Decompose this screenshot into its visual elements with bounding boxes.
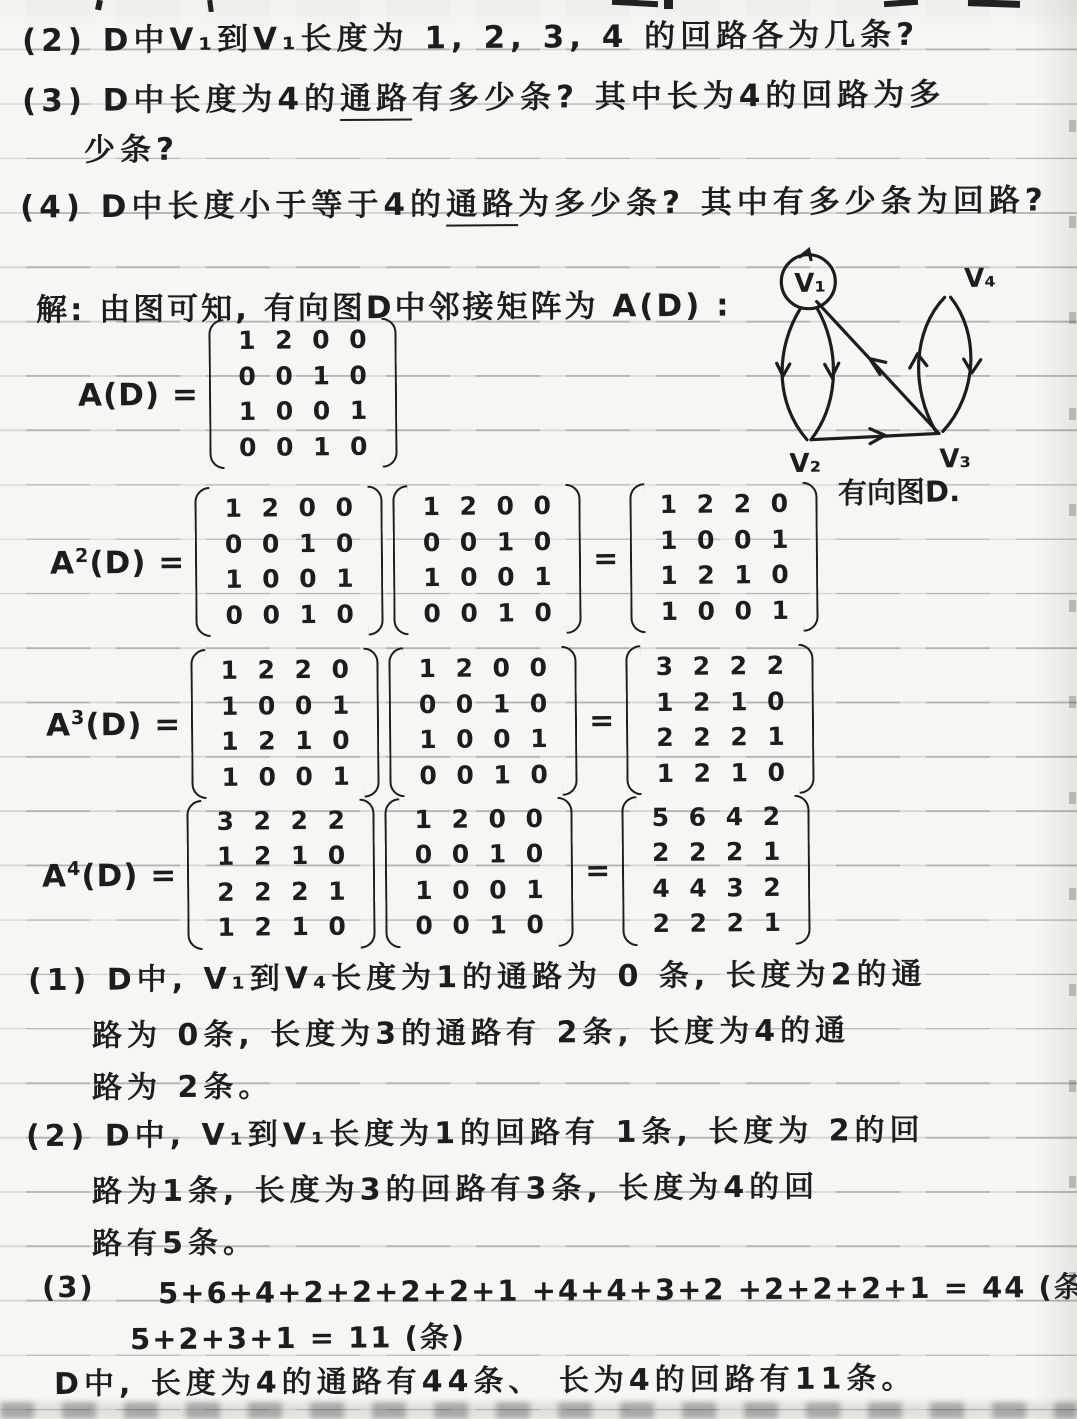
right-paren: [562, 646, 578, 796]
matrix-cell: 0: [758, 758, 795, 786]
question-3-pre: (3) D中长度为4的: [22, 81, 340, 119]
matrix-cell: 5: [642, 803, 679, 831]
matrix-cell: 1: [229, 398, 266, 426]
matrix-cell: 1: [211, 657, 248, 685]
answer-1-line3-text: 路为 2条。: [92, 1069, 274, 1105]
matrix-cell: 0: [688, 597, 725, 625]
matrix-a1-grid: 1200001010010010: [223, 318, 382, 469]
right-paren: [368, 485, 384, 635]
matrix-cell: 2: [244, 842, 281, 870]
matrix-cell: 2: [281, 806, 318, 834]
label-exponent: 3: [71, 706, 86, 729]
matrix-cell: 2: [680, 909, 717, 937]
matrix-cell: 0: [446, 726, 483, 754]
matrix-cell: 1: [724, 561, 761, 589]
matrix-cell: 0: [302, 326, 339, 354]
question-3-underlined-word: 通路: [340, 81, 412, 122]
matrix-cell: 6: [679, 803, 716, 831]
matrix-cell: 0: [413, 528, 450, 556]
matrix-cell: 1: [405, 805, 442, 833]
left-paren: [187, 799, 203, 949]
answer-1-line1-text: (1) D中, V₁到V₄长度为1的通路为 0 条, 长度为2的通: [28, 957, 927, 998]
matrix-cell: 1: [323, 762, 360, 790]
matrix-cell: 1: [754, 909, 791, 937]
matrix-cell: 2: [679, 838, 716, 866]
matrix-a3-label: A3(D) =: [46, 706, 182, 745]
matrix-cell: 2: [684, 759, 721, 787]
matrix-cell: 0: [487, 563, 524, 591]
matrix-cell: 0: [451, 599, 488, 627]
label-base: A: [46, 708, 71, 744]
matrix-cell: 1: [303, 362, 340, 390]
matrix-cell: 0: [289, 565, 326, 593]
matrix-cell: 1: [282, 913, 319, 941]
label-rest: (D) =: [89, 545, 185, 582]
label-rest: (D) =: [81, 857, 177, 894]
matrix-cell: 0: [446, 690, 483, 718]
matrix-cell: 1: [409, 655, 446, 683]
matrix-cell: 1: [650, 526, 687, 554]
matrix-a1-label: A(D) =: [78, 376, 199, 414]
matrix-cell: 1: [479, 840, 516, 868]
vertex-label-v2: V₂: [789, 449, 821, 480]
matrix-cell: 1: [289, 529, 326, 557]
matrix-cell: 0: [450, 528, 487, 556]
matrix-cell: 2: [442, 805, 479, 833]
matrix-cell: 2: [687, 490, 724, 518]
matrix-cell: 4: [716, 803, 753, 831]
matrix-cell: 0: [340, 361, 377, 389]
matrix-cell: 2: [252, 494, 289, 522]
matrix-cell: 0: [303, 397, 340, 425]
matrix-cell: 1: [322, 691, 359, 719]
label-base: A: [50, 546, 75, 582]
matrix-cell: 0: [286, 762, 323, 790]
edge-v2-v3: [811, 433, 939, 439]
question-3-line2: 少条?: [84, 124, 179, 170]
matrix-cell: 1: [757, 723, 794, 751]
matrix-a4-left-grid: 3222121022211210: [202, 798, 361, 949]
matrix-cell: 2: [642, 839, 679, 867]
matrix-cell: 0: [326, 529, 363, 557]
matrix-cell: 0: [248, 692, 285, 720]
question-4-pre: (4) D中长度小于等于4的: [20, 187, 446, 226]
notebook-page: (2) D中V₁到V₁长度为 1, 2, 3, 4 的回路各为几条? (3) D…: [0, 0, 1077, 1419]
matrix-cell: 0: [252, 565, 289, 593]
left-paren: [626, 645, 642, 795]
answer-3-formula2-text: 5+2+3+1 = 11 (条): [130, 1320, 466, 1356]
matrix-cell: 1: [211, 728, 248, 756]
matrix-cell: 1: [483, 690, 520, 718]
equation-a2: A2(D) = 1200001010010010 120000101001001…: [49, 481, 819, 640]
question-4-underlined-word: 通路: [446, 186, 518, 227]
answer-1-line3: 路为 2条。: [92, 1061, 274, 1106]
matrix-a2-left: 1200001010010010: [195, 485, 384, 637]
vertex-label-v4: V₄: [964, 263, 996, 294]
matrix-cell: 2: [720, 723, 757, 751]
matrix-cell: 1: [281, 842, 318, 870]
right-paren: [381, 318, 397, 468]
right-paren: [360, 798, 376, 948]
matrix-cell: 2: [683, 723, 720, 751]
question-3-line2-text: 少条?: [84, 132, 179, 169]
left-paren: [385, 798, 401, 948]
matrix-cell: 0: [339, 326, 376, 354]
matrix-cell: 0: [487, 492, 524, 520]
matrix-cell: 0: [322, 656, 359, 684]
matrix-a3-result-grid: 3222121022211210: [641, 644, 800, 795]
equals-sign: =: [591, 541, 620, 576]
equation-a3: A3(D) = 1220100112101001 120000101001001…: [45, 643, 815, 802]
equals-sign: =: [583, 853, 612, 888]
matrix-cell: 1: [761, 525, 798, 553]
left-paren: [208, 319, 224, 469]
matrix-cell: 0: [322, 727, 359, 755]
matrix-cell: 2: [281, 877, 318, 905]
matrix-cell: 2: [720, 652, 757, 680]
answer-2-line1-text: (2) D中, V₁到V₁长度为1的回路有 1条, 长度为 2的回: [26, 1113, 925, 1154]
matrix-a3-right-grid: 1200001010010010: [404, 646, 563, 797]
matrix-cell: 1: [516, 875, 553, 903]
question-2-text: (2) D中V₁到V₁长度为 1, 2, 3, 4 的回路各为几条?: [22, 17, 919, 59]
matrix-cell: 0: [216, 601, 253, 629]
matrix-cell: 1: [207, 843, 244, 871]
matrix-cell: 0: [757, 687, 794, 715]
question-2: (2) D中V₁到V₁长度为 1, 2, 3, 4 的回路各为几条?: [22, 9, 919, 60]
matrix-cell: 1: [650, 491, 687, 519]
matrix-cell: 1: [720, 688, 757, 716]
matrix-cell: 2: [244, 878, 281, 906]
matrix-cell: 2: [450, 493, 487, 521]
matrix-a3-left-grid: 1220100112101001: [206, 648, 365, 799]
matrix-cell: 2: [265, 326, 302, 354]
matrix-a4-result-grid: 5642222144322221: [637, 794, 796, 945]
matrix-cell: 1: [303, 433, 340, 461]
matrix-cell: 3: [207, 807, 244, 835]
matrix-a2-label: A2(D) =: [50, 544, 186, 583]
matrix-cell: 0: [450, 564, 487, 592]
matrix-cell: 1: [480, 911, 517, 939]
question-4-post: 为多少条? 其中有多少条为回路?: [518, 182, 1048, 222]
left-paren: [191, 649, 207, 799]
matrix-cell: 1: [340, 397, 377, 425]
right-paren: [799, 644, 815, 794]
matrix-cell: 1: [646, 688, 683, 716]
equals-sign: =: [587, 703, 616, 738]
matrix-cell: 0: [410, 761, 447, 789]
matrix-cell: 0: [266, 362, 303, 390]
matrix-cell: 1: [413, 493, 450, 521]
right-paren: [558, 796, 574, 946]
matrix-cell: 2: [318, 806, 355, 834]
matrix-cell: 0: [249, 763, 286, 791]
answer-1-line2: 路为 0条, 长度为3的通路有 2条, 长度为4的通: [92, 1005, 850, 1054]
answer-3-label-text: (3): [42, 1270, 95, 1304]
label-exponent: 2: [75, 544, 90, 567]
matrix-cell: 0: [253, 601, 290, 629]
answer-1-line1: (1) D中, V₁到V₄长度为1的通路为 0 条, 长度为2的通: [28, 949, 927, 999]
matrix-cell: 0: [525, 598, 562, 626]
matrix-a3-left: 1220100112101001: [191, 647, 380, 799]
matrix-cell: 1: [409, 726, 446, 754]
matrix-cell: 0: [520, 689, 557, 717]
matrix-cell: 2: [643, 910, 680, 938]
label-base: A: [42, 858, 67, 894]
matrix-cell: 1: [487, 528, 524, 556]
matrix-cell: 0: [442, 876, 479, 904]
matrix-cell: 2: [646, 724, 683, 752]
matrix-cell: 1: [405, 876, 442, 904]
matrix-cell: 0: [266, 433, 303, 461]
matrix-cell: 1: [208, 914, 245, 942]
matrix-cell: 1: [215, 495, 252, 523]
matrix-cell: 1: [762, 596, 799, 624]
directed-graph-figure: V₁ V₂ V₃ V₄ 有向图D.: [750, 239, 1065, 516]
matrix-a4-label: A4(D) =: [42, 856, 178, 895]
matrix-a4-right: 1200001010010010: [385, 796, 574, 948]
answer-2-line3-text: 路有5条。: [92, 1225, 258, 1261]
matrix-cell: 1: [721, 759, 758, 787]
page-edge-bleed-marks: [1069, 120, 1076, 1300]
matrix-cell: 0: [405, 841, 442, 869]
matrix-cell: 0: [340, 432, 377, 460]
matrix-cell: 0: [687, 526, 724, 554]
matrix-a3-right: 1200001010010010: [389, 646, 578, 798]
matrix-a1: 1200001010010010: [208, 318, 397, 470]
matrix-cell: 2: [245, 913, 282, 941]
label-rest: (D) =: [85, 707, 181, 744]
matrix-cell: 0: [266, 397, 303, 425]
matrix-cell: 2: [716, 838, 753, 866]
matrix-cell: 1: [326, 565, 363, 593]
matrix-cell: 0: [229, 362, 266, 390]
matrix-cell: 0: [215, 530, 252, 558]
matrix-a2-right-grid: 1200001010010010: [408, 484, 567, 635]
matrix-cell: 0: [761, 561, 798, 589]
matrix-cell: 2: [248, 656, 285, 684]
matrix-cell: 0: [524, 527, 561, 555]
label-rest: (D) =: [103, 377, 199, 414]
matrix-cell: 1: [318, 877, 355, 905]
matrix-cell: 2: [446, 655, 483, 683]
left-paren: [622, 796, 638, 946]
matrix-cell: 0: [229, 433, 266, 461]
matrix-cell: 0: [319, 913, 356, 941]
page-bottom-edge: [0, 1402, 1077, 1419]
answer-3-formula1: 5+6+4+2+2+2+2+1 +4+4+3+2 +2+2+2+1 = 44 (…: [158, 1265, 1077, 1313]
left-paren: [389, 647, 405, 797]
matrix-cell: 3: [646, 653, 683, 681]
label-exponent: 4: [67, 857, 82, 880]
matrix-cell: 1: [215, 566, 252, 594]
matrix-cell: 0: [517, 911, 554, 939]
matrix-cell: 0: [521, 760, 558, 788]
right-paren: [795, 794, 811, 944]
matrix-cell: 2: [717, 909, 754, 937]
right-paren: [364, 647, 380, 797]
directed-graph-drawing: V₁ V₂ V₃ V₄ 有向图D.: [750, 239, 1065, 516]
answer-3-conclusion: D中, 长度为4的通路有44条、 长为4的回路有11条。: [54, 1353, 917, 1403]
matrix-cell: 1: [524, 563, 561, 591]
matrix-cell: 0: [483, 725, 520, 753]
matrix-cell: 0: [289, 494, 326, 522]
matrix-cell: 0: [447, 761, 484, 789]
matrix-cell: 0: [479, 805, 516, 833]
answer-3-formula1-text: 5+6+4+2+2+2+2+1 +4+4+3+2 +2+2+2+1 = 44 (…: [158, 1270, 1077, 1311]
equation-a1: A(D) = 1200001010010010: [77, 317, 397, 472]
vertex-label-v1: V₁: [794, 268, 826, 299]
question-3-post: 有多少条? 其中长为4的回路为多: [412, 77, 946, 117]
matrix-cell: 1: [212, 763, 249, 791]
left-paren: [630, 483, 646, 633]
matrix-cell: 0: [326, 494, 363, 522]
matrix-cell: 0: [443, 912, 480, 940]
matrix-cell: 0: [327, 600, 364, 628]
matrix-cell: 1: [285, 727, 322, 755]
left-paren: [393, 485, 409, 635]
matrix-cell: 1: [228, 327, 265, 355]
right-paren: [566, 484, 582, 634]
matrix-cell: 2: [757, 652, 794, 680]
answer-2-line2-text: 路为1条, 长度为3的回路有3条, 长度为4的回: [92, 1169, 819, 1209]
answer-2-line3: 路有5条。: [92, 1217, 258, 1262]
matrix-cell: 0: [479, 876, 516, 904]
matrix-cell: 1: [753, 838, 790, 866]
matrix-cell: 1: [484, 761, 521, 789]
answer-3-label: (3): [42, 1270, 95, 1304]
matrix-cell: 0: [252, 530, 289, 558]
matrix-cell: 0: [520, 654, 557, 682]
matrix-cell: 1: [651, 597, 688, 625]
matrix-a4-left: 3222121022211210: [187, 798, 376, 950]
matrix-cell: 0: [516, 840, 553, 868]
matrix-cell: 1: [650, 562, 687, 590]
matrix-cell: 2: [687, 561, 724, 589]
matrix-a2-left-grid: 1200001010010010: [210, 486, 369, 637]
matrix-cell: 2: [753, 802, 790, 830]
matrix-cell: 2: [285, 656, 322, 684]
matrix-cell: 2: [683, 688, 720, 716]
answer-2-line2: 路为1条, 长度为3的回路有3条, 长度为4的回: [92, 1161, 819, 1210]
matrix-cell: 0: [409, 690, 446, 718]
matrix-cell: 3: [716, 874, 753, 902]
matrix-cell: 2: [753, 873, 790, 901]
matrix-cell: 1: [520, 725, 557, 753]
matrix-a4-result: 5642222144322221: [622, 794, 811, 946]
matrix-cell: 1: [647, 759, 684, 787]
matrix-cell: 0: [483, 654, 520, 682]
matrix-cell: 0: [414, 599, 451, 627]
matrix-cell: 0: [442, 841, 479, 869]
matrix-cell: 0: [406, 912, 443, 940]
vertex-label-v3: V₃: [939, 444, 971, 475]
matrix-cell: 0: [724, 526, 761, 554]
edge-v3-v4: [917, 297, 947, 431]
equation-a4: A4(D) = 3222121022211210 120000101001001…: [41, 797, 811, 949]
matrix-cell: 0: [524, 492, 561, 520]
left-paren: [195, 487, 211, 637]
question-4: (4) D中长度小于等于4的通路为多少条? 其中有多少条为回路?: [20, 174, 1048, 226]
matrix-cell: 1: [488, 599, 525, 627]
matrix-a4-right-grid: 1200001010010010: [400, 796, 559, 947]
label-base: A: [78, 378, 103, 414]
matrix-cell: 1: [211, 692, 248, 720]
answer-3-conclusion-text: D中, 长度为4的通路有44条、 长为4的回路有11条。: [54, 1361, 917, 1402]
matrix-cell: 0: [725, 597, 762, 625]
matrix-cell: 2: [207, 878, 244, 906]
answer-2-line1: (2) D中, V₁到V₁长度为1的回路有 1条, 长度为 2的回: [26, 1105, 925, 1155]
matrix-cell: 2: [244, 807, 281, 835]
matrix-cell: 1: [290, 600, 327, 628]
matrix-cell: 4: [642, 874, 679, 902]
matrix-cell: 0: [318, 842, 355, 870]
matrix-a2-right: 1200001010010010: [393, 484, 582, 636]
question-3-line1: (3) D中长度为4的通路有多少条? 其中长为4的回路为多: [22, 69, 946, 120]
matrix-cell: 2: [683, 652, 720, 680]
matrix-cell: 1: [413, 564, 450, 592]
matrix-cell: 2: [248, 727, 285, 755]
graph-caption: 有向图D.: [838, 474, 961, 510]
matrix-cell: 0: [285, 691, 322, 719]
matrix-cell: 4: [679, 874, 716, 902]
matrix-a3-result: 3222121022211210: [626, 644, 815, 796]
answer-1-line2-text: 路为 0条, 长度为3的通路有 2条, 长度为4的通: [92, 1013, 850, 1053]
matrix-cell: 0: [516, 804, 553, 832]
answer-3-formula2: 5+2+3+1 = 11 (条): [130, 1315, 466, 1358]
